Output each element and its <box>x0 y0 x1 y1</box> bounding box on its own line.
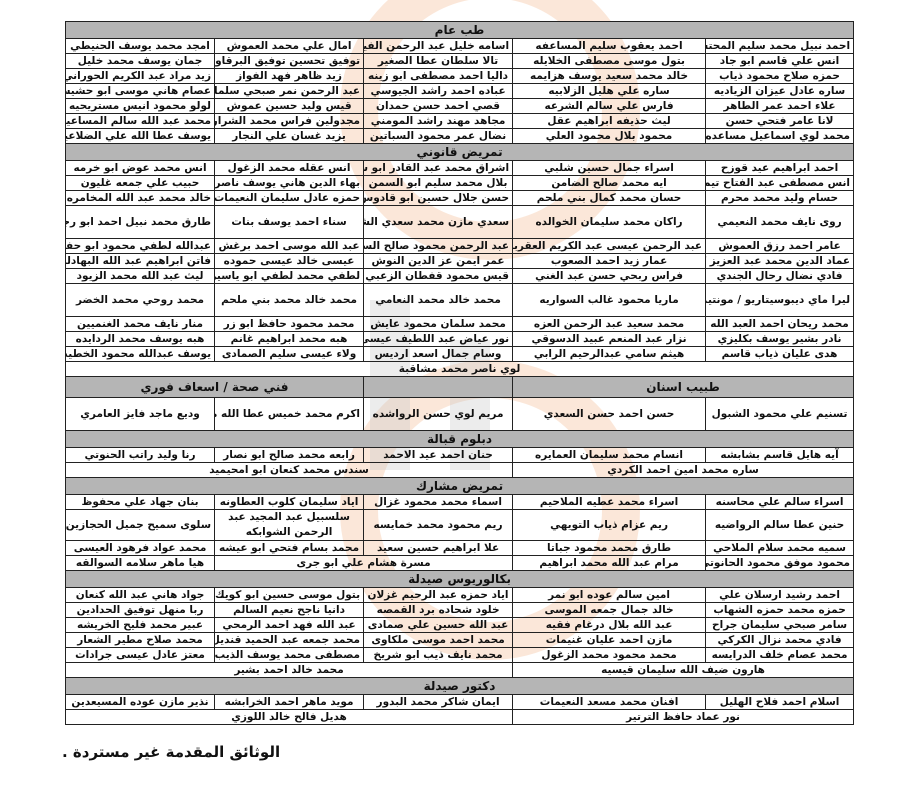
table-row: محمد لوي اسماعيل مساعدهمحمود بلال محمود … <box>66 129 854 144</box>
table-row: فادي محمد نزال الكركيمازن احمد عليان غني… <box>66 633 854 648</box>
name-cell: عامر احمد رزق العموش <box>706 239 854 254</box>
table-row: انس علي قاسم ابو جادبتول موسى مصطفى الخل… <box>66 54 854 69</box>
name-cell: حسان محمد كمال بني ملحم <box>513 191 706 206</box>
name-cell: محمد سلمان محمود عايش <box>364 317 513 332</box>
name-cell: محمد خالد محمد بني ملحم <box>215 284 364 317</box>
name-cell: عبد الله فهد احمد الرمحي <box>215 618 364 633</box>
table-row: علاء احمد عمر الطاهرفارس علي سالم الشرعه… <box>66 99 854 114</box>
table-row: محمد ريحان احمد العبد اللهمحمد سعيد عبد … <box>66 317 854 332</box>
name-cell: امال علي محمد العموش <box>215 39 364 54</box>
name-cell: عبدالله لطفي محمود ابو حفيظه <box>66 239 215 254</box>
table-row: عماد الدين محمد عبد العزيز كنعانعمار زيد… <box>66 254 854 269</box>
table-row: محمد عصام خلف الدرايسهمحمد محمود محمد ال… <box>66 648 854 663</box>
name-cell: يوسف عطا الله علي الضلاعين <box>66 129 215 144</box>
name-cell: هيا ماهر سلامه السوالقه <box>66 556 215 571</box>
name-cell: ريم محمود محمد خمايسه <box>364 510 513 541</box>
name-cell: بتول موسى حسين ابو كويك <box>215 588 364 603</box>
name-cell: انس مصطفى عبد الفتاح تيم <box>706 176 854 191</box>
name-cell: يزيد غسان علي النجار <box>215 129 364 144</box>
table-row: اسلام احمد فلاح الهليلافنان محمد مسعد ال… <box>66 695 854 710</box>
name-cell: اياد سليمان كلوب العطاونه <box>215 495 364 510</box>
section-header-row: تمريض قانوني <box>66 144 854 161</box>
name-cell: عماد الدين محمد عبد العزيز كنعان <box>706 254 854 269</box>
table-row: هارون ضيف الله سليمان قيسيهمحمد خالد احم… <box>66 663 854 678</box>
name-cell: محمد خالد محمد النعامي <box>364 284 513 317</box>
name-cell: علاء احمد عمر الطاهر <box>706 99 854 114</box>
table-row: سميه محمد سلام الملاحيطارق محمد محمود جب… <box>66 541 854 556</box>
name-cell: سلسبيل عبد المجيد عبد الرحمن الشوابكه <box>215 510 364 541</box>
name-cell: عبد الرحمن نمر صبحي سلمان <box>215 84 364 99</box>
section-header-row: طبيب اسنانفني صحة / اسعاف فوري <box>66 377 854 398</box>
name-cell: عبد الله حسين علي صمادى <box>364 618 513 633</box>
name-cell: رنا وليد راتب الحنوتي <box>66 448 215 463</box>
name-cell: اسراء سالم علي محاسنه <box>706 495 854 510</box>
name-cell: ماريا محمود غالب السواريه <box>513 284 706 317</box>
section-header-row: تمريض مشارك <box>66 478 854 495</box>
name-cell: محمد سعيد عبد الرحمن العزه <box>513 317 706 332</box>
name-cell: محمد عبد الله سالم المساعيد <box>66 114 215 129</box>
name-cell: احمد ابراهيم عيد قوزح <box>706 161 854 176</box>
name-cell: ايمان شاكر محمد البدور <box>364 695 513 710</box>
name-cell: تالا سلطان عطا الصغير <box>364 54 513 69</box>
name-cell: زيد مراد عبد الكريم الحوراني <box>66 69 215 84</box>
name-cell: محمد جمعه عبد الحميد قنديل <box>215 633 364 648</box>
name-cell: تسنيم علي محمود الشبول <box>706 398 854 431</box>
table-row: آيه هايل قاسم بشابشهانسام محمد سليمان ال… <box>66 448 854 463</box>
name-cell: نور عياض عبد اللطيف عيسى <box>364 332 513 347</box>
name-cell: حسن جلال حسين ابو قادوس <box>364 191 513 206</box>
name-cell: روى نايف محمد النعيمي <box>706 206 854 239</box>
name-cell: يوسف عبدالله محمود الخطيب <box>66 347 215 362</box>
section-header-row: دبلوم قبالة <box>66 431 854 448</box>
name-cell: هبه محمد ابراهيم غانم <box>215 332 364 347</box>
results-table: طب عاماحمد نبيل محمد سليم المحتسباحمد يع… <box>65 21 854 725</box>
name-cell: راكان محمد سليمان الخوالده <box>513 206 706 239</box>
table-row: روى نايف محمد النعيميراكان محمد سليمان ا… <box>66 206 854 239</box>
name-cell: انسام محمد سليمان العمايره <box>513 448 706 463</box>
table-row: تسنيم علي محمود الشبولحسن احمد حسن السعد… <box>66 398 854 431</box>
name-cell: محمد احمد موسى ملكاوى <box>364 633 513 648</box>
name-cell: عبد الرحمن محمود صالح السيد <box>364 239 513 254</box>
name-cell: بلال محمد سليم ابو السمن <box>364 176 513 191</box>
section-header-row: دكتور صيدلة <box>66 678 854 695</box>
name-cell: نضال عمر محمود السباتين <box>364 129 513 144</box>
table-row: حمزه صلاح محمود ذيابخالد محمد سعيد يوسف … <box>66 69 854 84</box>
name-cell: مويد ماهر احمد الخرابشه <box>215 695 364 710</box>
section-title: دكتور صيدلة <box>66 678 854 695</box>
name-cell: فادي محمد نزال الكركي <box>706 633 854 648</box>
name-cell: افنان محمد مسعد النعيمات <box>513 695 706 710</box>
name-cell: فارس علي سالم الشرعه <box>513 99 706 114</box>
table-row: نادر بشير يوسف بكليزينزار عبد المنعم عبي… <box>66 332 854 347</box>
table-row: ساره عادل عيزان الزياديهساره علي هليل ال… <box>66 84 854 99</box>
name-cell: وديع ماجد فايز العامري <box>66 398 215 431</box>
name-cell: لطفي محمد لطفي ابو ياسين <box>215 269 364 284</box>
name-cell: ساره علي هليل الزلابيه <box>513 84 706 99</box>
name-cell: نور عماد حافظ الترتير <box>513 710 854 725</box>
name-cell: خالد جمال جمعه الموسى <box>513 603 706 618</box>
name-cell: محمد روحي محمد الخضر <box>66 284 215 317</box>
name-cell: هديل فالح خالد اللوزي <box>66 710 513 725</box>
name-cell: لولو محمود انيس مستريحيه <box>66 99 215 114</box>
name-cell: فادي نضال رحال الجندي <box>706 269 854 284</box>
name-cell: اكرم محمد خميس عطا الله محمود <box>215 398 364 431</box>
name-cell: سلوى سميح جميل الحجازين <box>66 510 215 541</box>
name-cell: انس محمد عوض ابو خرمه <box>66 161 215 176</box>
table-row: ليرا ماي ديبوسيتاريو / مونتيمايورماريا م… <box>66 284 854 317</box>
table-row: فادي نضال رحال الجنديفراس ربحي حسن عبد ا… <box>66 269 854 284</box>
name-cell: عبد الله موسى احمد برغش <box>215 239 364 254</box>
name-cell: منار نايف محمد الغنميين <box>66 317 215 332</box>
name-cell: مجدولين فراس محمد الشراري <box>215 114 364 129</box>
name-cell: حبيب علي جمعه غليون <box>66 176 215 191</box>
name-cell: حنان احمد عيد الاحمد <box>364 448 513 463</box>
name-cell: محمد محمود محمد الزغول <box>513 648 706 663</box>
name-cell: زيد ظاهر فهد الفواز <box>215 69 364 84</box>
name-cell: احمد يعقوب سليم المساعفه <box>513 39 706 54</box>
name-cell: محمد نايف ذيب ابو شريخ <box>364 648 513 663</box>
name-cell: احمد نبيل محمد سليم المحتسب <box>706 39 854 54</box>
name-cell: ولاء عيسى سليم الصمادى <box>215 347 364 362</box>
name-cell: حنين عطا سالم الرواضيه <box>706 510 854 541</box>
name-cell: اسراء جمال حسين شلبي <box>513 161 706 176</box>
name-cell: مسرة هشام علي ابو جرى <box>215 556 513 571</box>
name-cell: حمزه محمد حمزه الشهاب <box>706 603 854 618</box>
name-cell: محمد ريحان احمد العبد الله <box>706 317 854 332</box>
name-cell: طارق محمد محمود جباتا <box>513 541 706 556</box>
name-cell: جواد هاني عبد الله كنعان <box>66 588 215 603</box>
name-cell: فراس ربحي حسن عبد الغني <box>513 269 706 284</box>
section-title: فني صحة / اسعاف فوري <box>66 377 364 398</box>
name-cell: اسماء محمد محمود غزال <box>364 495 513 510</box>
section-title: دبلوم قبالة <box>66 431 854 448</box>
name-cell: بنان جهاد علي محفوظ <box>66 495 215 510</box>
name-cell: خلود شحاده برد القمصه <box>364 603 513 618</box>
name-cell: عبير محمد فليح الخريشه <box>66 618 215 633</box>
name-cell: انس علي قاسم ابو جاد <box>706 54 854 69</box>
name-cell: امجد محمد يوسف الحنيطي <box>66 39 215 54</box>
name-cell: اسامه خليل عبد الرحمن الفيومي <box>364 39 513 54</box>
table-row: احمد نبيل محمد سليم المحتسباحمد يعقوب سل… <box>66 39 854 54</box>
name-cell: وسام جمال اسعد ارديس <box>364 347 513 362</box>
table-row: لوي ناصر محمد مشاقبة <box>66 362 854 377</box>
name-cell: حمزه صلاح محمود ذياب <box>706 69 854 84</box>
name-cell: احمد رشيد ارسلان علي <box>706 588 854 603</box>
name-cell: ريم عزام ذياب التويهي <box>513 510 706 541</box>
name-cell: ليث حذيفه ابراهيم عقل <box>513 114 706 129</box>
name-cell: ليث عبد الله محمد الزيود <box>66 269 215 284</box>
name-cell: دانيا ناجح نعيم السالم <box>215 603 364 618</box>
footnote: الوثائق المقدمة غير مستردة . <box>62 743 280 761</box>
name-cell: طارق محمد نبيل احمد ابو رجيع <box>66 206 215 239</box>
name-cell: جمان يوسف محمد خليل <box>66 54 215 69</box>
name-cell: اسراء محمد عطيه الملاحيم <box>513 495 706 510</box>
name-cell: محمود موفق محمود الحانوتي <box>706 556 854 571</box>
name-cell: بهاء الدين هاني يوسف ناصر <box>215 176 364 191</box>
name-cell: مازن احمد عليان غنيمات <box>513 633 706 648</box>
name-cell: سناء احمد يوسف بنات <box>215 206 364 239</box>
table-row: انس مصطفى عبد الفتاح تيمايه محمد صالح ال… <box>66 176 854 191</box>
name-cell: ليرا ماي ديبوسيتاريو / مونتيمايور <box>706 284 854 317</box>
name-cell: ربا منهل توفيق الحدادين <box>66 603 215 618</box>
name-cell: داليا احمد مصطفى ابو زينه <box>364 69 513 84</box>
name-cell: محمد عواد فرهود العيسى <box>66 541 215 556</box>
name-cell: هدى عليان ذياب قاسم <box>706 347 854 362</box>
name-cell: محمد لوي اسماعيل مساعده <box>706 129 854 144</box>
name-cell: ايه محمد صالح الضامن <box>513 176 706 191</box>
name-cell: سميه محمد سلام الملاحي <box>706 541 854 556</box>
table-row: لانا عامر فتحي حسنليث حذيفه ابراهيم عقلم… <box>66 114 854 129</box>
name-cell: عمر ايمن عز الدين النوش <box>364 254 513 269</box>
name-cell: خالد محمد سعيد يوسف هزايمه <box>513 69 706 84</box>
name-cell: علا ابراهيم حسين سعيد <box>364 541 513 556</box>
name-cell: ساره محمد امين احمد الكردي <box>513 463 854 478</box>
name-cell: هيثم سامي عبدالرحيم الرابي <box>513 347 706 362</box>
name-cell: محمد خالد احمد بشير <box>66 663 513 678</box>
section-title: تمريض مشارك <box>66 478 854 495</box>
name-cell: انس عقله محمد الزغول <box>215 161 364 176</box>
table-row: هدى عليان ذياب قاسمهيثم سامي عبدالرحيم ا… <box>66 347 854 362</box>
table-row: نور عماد حافظ الترتيرهديل فالح خالد اللو… <box>66 710 854 725</box>
name-cell: محمد محمود حافظ ابو زر <box>215 317 364 332</box>
table-row: سامر صبحي سليمان جراحعبد الله بلال درغام… <box>66 618 854 633</box>
name-cell: سامر صبحي سليمان جراح <box>706 618 854 633</box>
name-cell: اشراق محمد عبد القادر ابو شبيب <box>364 161 513 176</box>
name-cell: توفيق تحسين توفيق البرقاوي <box>215 54 364 69</box>
section-title: تمريض قانوني <box>66 144 854 161</box>
name-cell: مريم لوي حسن الرواشده <box>364 398 513 431</box>
name-cell: نادر بشير يوسف بكليزي <box>706 332 854 347</box>
table-row: احمد رشيد ارسلان عليامين سالم عوده ابو ن… <box>66 588 854 603</box>
section-title: بكالوريوس صيدلة <box>66 571 854 588</box>
name-cell: عيسى خالد عيسى حموده <box>215 254 364 269</box>
name-cell: اسلام احمد فلاح الهليل <box>706 695 854 710</box>
name-cell: لوي ناصر محمد مشاقبة <box>66 362 854 377</box>
name-cell: هارون ضيف الله سليمان قيسيه <box>513 663 854 678</box>
name-cell: بتول موسى مصطفى الخلايله <box>513 54 706 69</box>
section-title-spacer <box>364 377 513 398</box>
section-title: طبيب اسنان <box>513 377 854 398</box>
table-row: محمود موفق محمود الحانوتيمرام عبد الله م… <box>66 556 854 571</box>
table-row: اسراء سالم علي محاسنهاسراء محمد عطيه الم… <box>66 495 854 510</box>
table-row: حمزه محمد حمزه الشهابخالد جمال جمعه المو… <box>66 603 854 618</box>
name-cell: عبد الله بلال درغام فقيه <box>513 618 706 633</box>
section-header-row: طب عام <box>66 22 854 39</box>
name-cell: نذير مازن عوده المسيعدين <box>66 695 215 710</box>
name-cell: حمزه عادل سليمان النعيمات <box>215 191 364 206</box>
name-cell: آيه هايل قاسم بشابشه <box>706 448 854 463</box>
name-cell: اياد حمزه عبد الرحيم غزلان <box>364 588 513 603</box>
name-cell: محمود بلال محمود العلي <box>513 129 706 144</box>
name-cell: قيس وليد حسين عموش <box>215 99 364 114</box>
name-cell: قصي احمد حسن حمدان <box>364 99 513 114</box>
name-cell: ساره عادل عيزان الزياديه <box>706 84 854 99</box>
section-header-row: بكالوريوس صيدلة <box>66 571 854 588</box>
name-cell: حسن احمد حسن السعدي <box>513 398 706 431</box>
name-cell: فاتن ابراهيم عبد الله البهادله <box>66 254 215 269</box>
name-cell: مجاهد مهند راشد المومني <box>364 114 513 129</box>
name-cell: مصطفى محمد يوسف الذيب <box>215 648 364 663</box>
name-cell: حسام وليد محمد محرم <box>706 191 854 206</box>
table-row: حسام وليد محمد محرمحسان محمد كمال بني مل… <box>66 191 854 206</box>
name-cell: هبه يوسف محمد الردايده <box>66 332 215 347</box>
name-cell: سندس محمد كنعان ابو امحيميد <box>66 463 513 478</box>
name-cell: معتز عادل عيسى جرادات <box>66 648 215 663</box>
name-cell: سعدي مازن محمد سعدي الشريف <box>364 206 513 239</box>
name-cell: امين سالم عوده ابو نمر <box>513 588 706 603</box>
name-cell: لانا عامر فتحي حسن <box>706 114 854 129</box>
name-cell: قيس محمود قفطان الزعبي <box>364 269 513 284</box>
table-row: احمد ابراهيم عيد قوزحاسراء جمال حسين شلب… <box>66 161 854 176</box>
name-cell: عبد الرحمن عيسى عبد الكريم العقرباوى <box>513 239 706 254</box>
table-row: حنين عطا سالم الرواضيهريم عزام ذياب التو… <box>66 510 854 541</box>
name-cell: محمد بسام فتحي ابو عيشه <box>215 541 364 556</box>
name-cell: رابعه محمد صالح ابو نصار <box>215 448 364 463</box>
table-row: عامر احمد رزق العموشعبد الرحمن عيسى عبد … <box>66 239 854 254</box>
name-cell: عباده احمد راشد الجيوسي <box>364 84 513 99</box>
name-cell: محمد صلاح مطير الشعار <box>66 633 215 648</box>
name-cell: عمار زيد احمد الصعوب <box>513 254 706 269</box>
table-row: ساره محمد امين احمد الكرديسندس محمد كنعا… <box>66 463 854 478</box>
name-cell: عصام هاني موسى ابو حشيش <box>66 84 215 99</box>
name-cell: مرام عبد الله محمد ابراهيم <box>513 556 706 571</box>
section-title: طب عام <box>66 22 854 39</box>
name-cell: نزار عبد المنعم عبيد الدسوقي <box>513 332 706 347</box>
name-cell: محمد عصام خلف الدرايسه <box>706 648 854 663</box>
name-cell: خالد محمد عبد الله المخامره <box>66 191 215 206</box>
